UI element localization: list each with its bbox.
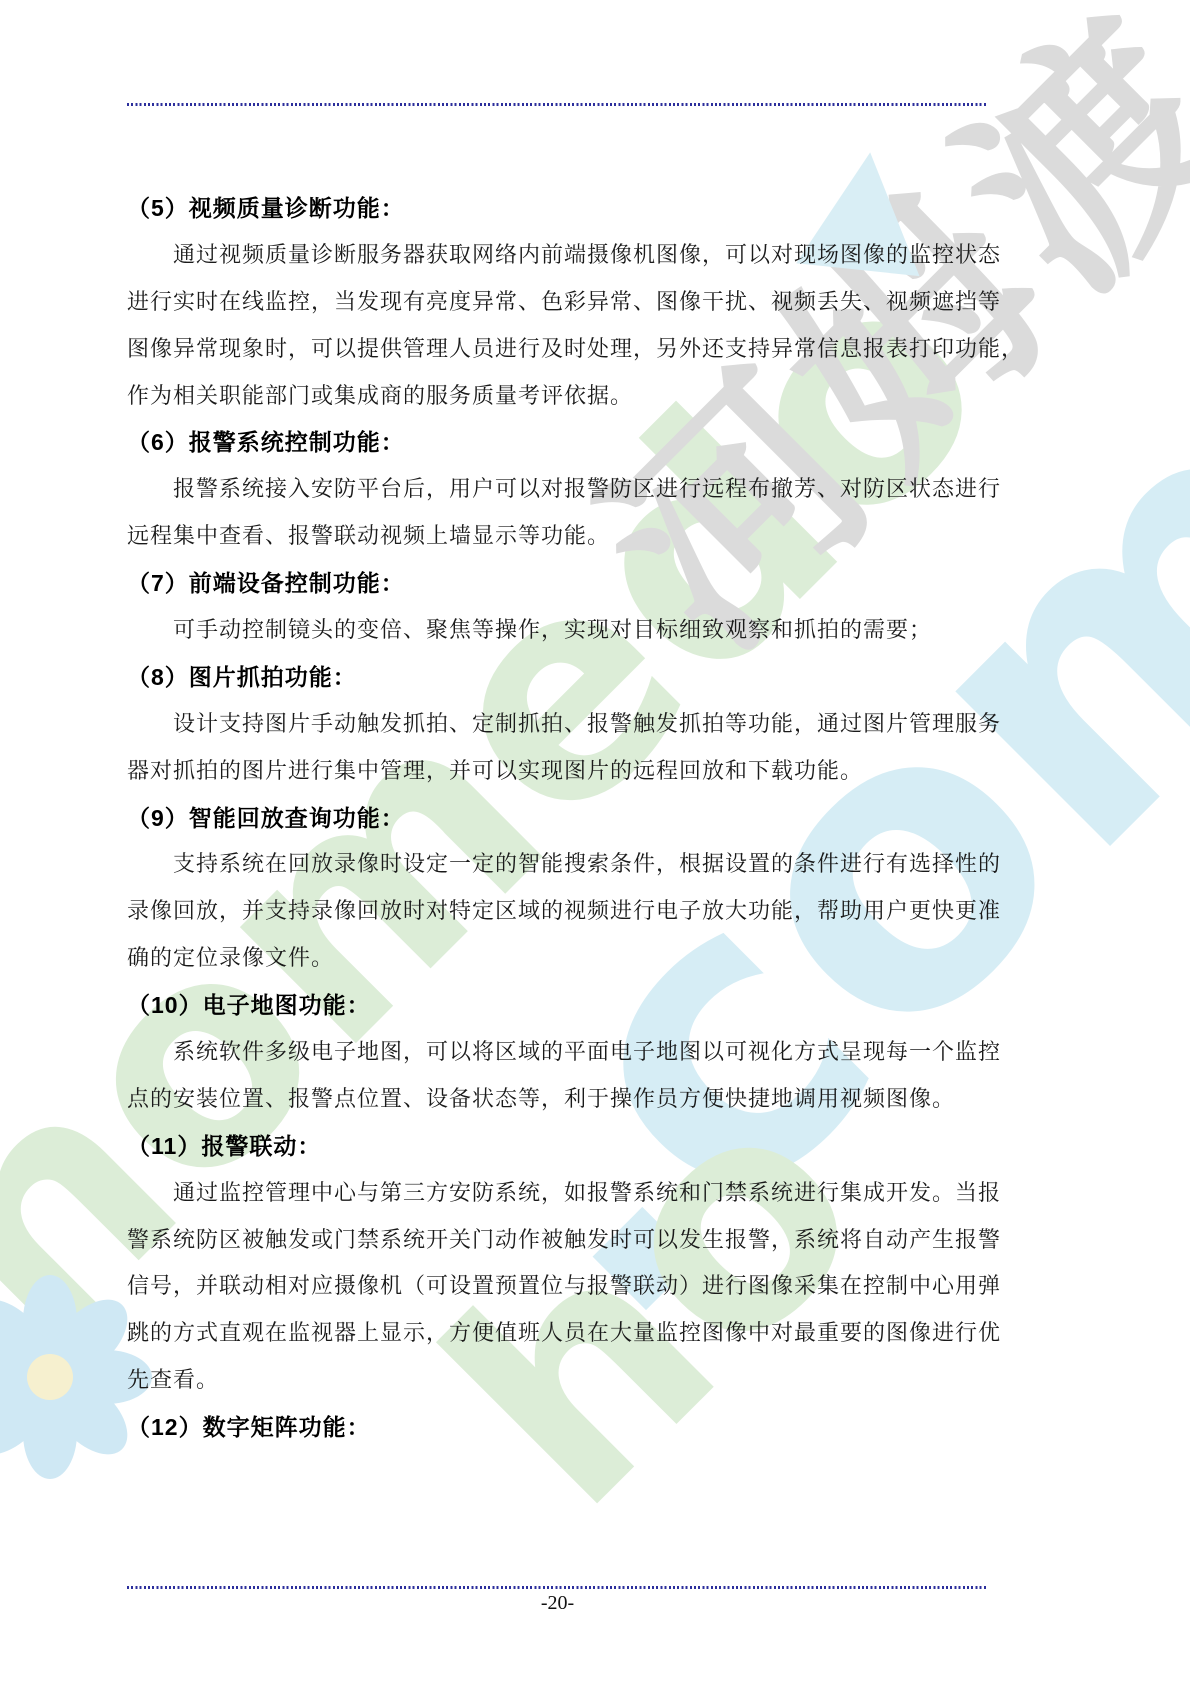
section-7-heading: （7）前端设备控制功能： <box>127 560 990 607</box>
document-page: homedo .com 河姆渡 ho （5）视频质量诊断功能： 通过视频质量诊断… <box>0 0 1190 1684</box>
paragraph-line: 进行实时在线监控，当发现有亮度异常、色彩异常、图像干扰、视频丢失、视频遮挡等 <box>127 279 990 326</box>
page-number: -20- <box>127 1592 988 1615</box>
section-11-heading: （11）报警联动： <box>127 1123 990 1170</box>
footer-dotted-rule <box>127 1586 988 1589</box>
paragraph-line: 设计支持图片手动触发抓拍、定制抓拍、报警触发抓拍等功能，通过图片管理服务 <box>127 701 990 748</box>
paragraph-line: 先查看。 <box>127 1357 990 1404</box>
paragraph-line: 录像回放，并支持录像回放时对特定区域的视频进行电子放大功能，帮助用户更快更准 <box>127 888 990 935</box>
section-5-heading: （5）视频质量诊断功能： <box>127 185 990 232</box>
paragraph-line: 系统软件多级电子地图，可以将区域的平面电子地图以可视化方式呈现每一个监控 <box>127 1029 990 1076</box>
paragraph-line: 可手动控制镜头的变倍、聚焦等操作，实现对目标细致观察和抓拍的需要； <box>127 607 990 654</box>
header-dotted-rule <box>127 103 988 106</box>
document-body: （5）视频质量诊断功能： 通过视频质量诊断服务器获取网络内前端摄像机图像，可以对… <box>127 185 990 1451</box>
paragraph-line: 支持系统在回放录像时设定一定的智能搜索条件，根据设置的条件进行有选择性的 <box>127 841 990 888</box>
paragraph-line: 通过监控管理中心与第三方安防系统，如报警系统和门禁系统进行集成开发。当报 <box>127 1170 990 1217</box>
paragraph-line: 作为相关职能部门或集成商的服务质量考评依据。 <box>127 373 990 420</box>
section-6-heading: （6）报警系统控制功能： <box>127 419 990 466</box>
paragraph-line: 图像异常现象时，可以提供管理人员进行及时处理，另外还支持异常信息报表打印功能， <box>127 326 990 373</box>
paragraph-line: 远程集中查看、报警联动视频上墙显示等功能。 <box>127 513 990 560</box>
paragraph-line: 确的定位录像文件。 <box>127 935 990 982</box>
section-9-heading: （9）智能回放查询功能： <box>127 795 990 842</box>
paragraph-line: 报警系统接入安防平台后，用户可以对报警防区进行远程布撤芳、对防区状态进行 <box>127 466 990 513</box>
paragraph-line: 警系统防区被触发或门禁系统开关门动作被触发时可以发生报警，系统将自动产生报警 <box>127 1217 990 1264</box>
paragraph-line: 器对抓拍的图片进行集中管理，并可以实现图片的远程回放和下载功能。 <box>127 748 990 795</box>
paragraph-line: 通过视频质量诊断服务器获取网络内前端摄像机图像，可以对现场图像的监控状态 <box>127 232 990 279</box>
paragraph-line: 跳的方式直观在监视器上显示，方便值班人员在大量监控图像中对最重要的图像进行优 <box>127 1310 990 1357</box>
section-8-heading: （8）图片抓拍功能： <box>127 654 990 701</box>
paragraph-line: 信号，并联动相对应摄像机（可设置预置位与报警联动）进行图像采集在控制中心用弹 <box>127 1263 990 1310</box>
paragraph-line: 点的安装位置、报警点位置、设备状态等，利于操作员方便快捷地调用视频图像。 <box>127 1076 990 1123</box>
section-12-heading: （12）数字矩阵功能： <box>127 1404 990 1451</box>
section-10-heading: （10）电子地图功能： <box>127 982 990 1029</box>
